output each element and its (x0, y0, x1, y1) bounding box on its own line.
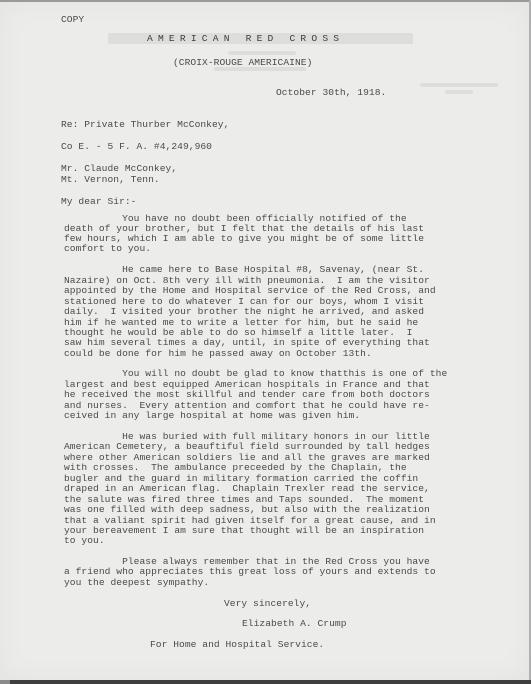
paragraph-line: comfort to you. (64, 244, 151, 255)
paragraph-line: saw him several times a day, until, in s… (64, 338, 430, 349)
paragraph-line: your bereavement I am sure that thought … (64, 526, 424, 537)
paragraph-line: daily. I visited your brother the night … (64, 307, 424, 318)
paragraph-line: draped in an American flag. Chaplain Tre… (64, 484, 430, 495)
re-line: Re: Private Thurber McConkey, (61, 119, 229, 130)
paragraph-line: He came here to Base Hospital #8, Savena… (64, 265, 424, 276)
paragraph-line: ceived in any large hospital at home was… (64, 411, 360, 422)
letter-date: October 30th, 1918. (276, 87, 386, 98)
copy-mark: COPY (61, 14, 84, 25)
bleed-through-subline (228, 51, 296, 55)
scan-edge-top (0, 0, 531, 2)
paragraph-line: was one filled with deep sadness, but al… (64, 505, 430, 516)
salutation: My dear Sir:- (61, 196, 137, 207)
paragraph-line: with crosses. The ambulance preceeded by… (64, 463, 407, 474)
paragraph-line: appointed by the Home and Hospital servi… (64, 286, 436, 297)
scan-edge-bottom (10, 680, 531, 684)
paragraph-line: could be done for him he passed away on … (64, 349, 372, 360)
paragraph-line: to you. (64, 536, 105, 547)
paragraph-line: a friend who appreciates this great loss… (64, 567, 436, 578)
paragraph-line: You will no doubt be glad to know thatth… (64, 369, 447, 380)
recipient-name: Mr. Claude McConkey, (61, 163, 177, 174)
letterhead-subtitle: (CROIX-ROUGE AMERICAINE) (173, 57, 312, 68)
recipient-address: Mt. Vernon, Tenn. (61, 174, 160, 185)
paragraph-line: you the deepest sympathy. (64, 578, 209, 589)
signature-name: Elizabeth A. Crump (242, 618, 347, 629)
paragraph-line: he received the most skillful and tender… (64, 390, 430, 401)
letterhead-title: AMERICAN RED CROSS (147, 33, 344, 44)
bleed-through-address (445, 90, 473, 94)
paragraph-line: American Cemetery, a beauftiful field su… (64, 442, 430, 453)
unit-line: Co E. - 5 F. A. #4,249,960 (61, 141, 212, 152)
bleed-through-address (420, 83, 498, 87)
closing: Very sincerely, (224, 598, 311, 609)
letter-page: COPY AMERICAN RED CROSS (CROIX-ROUGE AME… (0, 2, 529, 680)
signature-title: For Home and Hospital Service. (150, 639, 324, 650)
